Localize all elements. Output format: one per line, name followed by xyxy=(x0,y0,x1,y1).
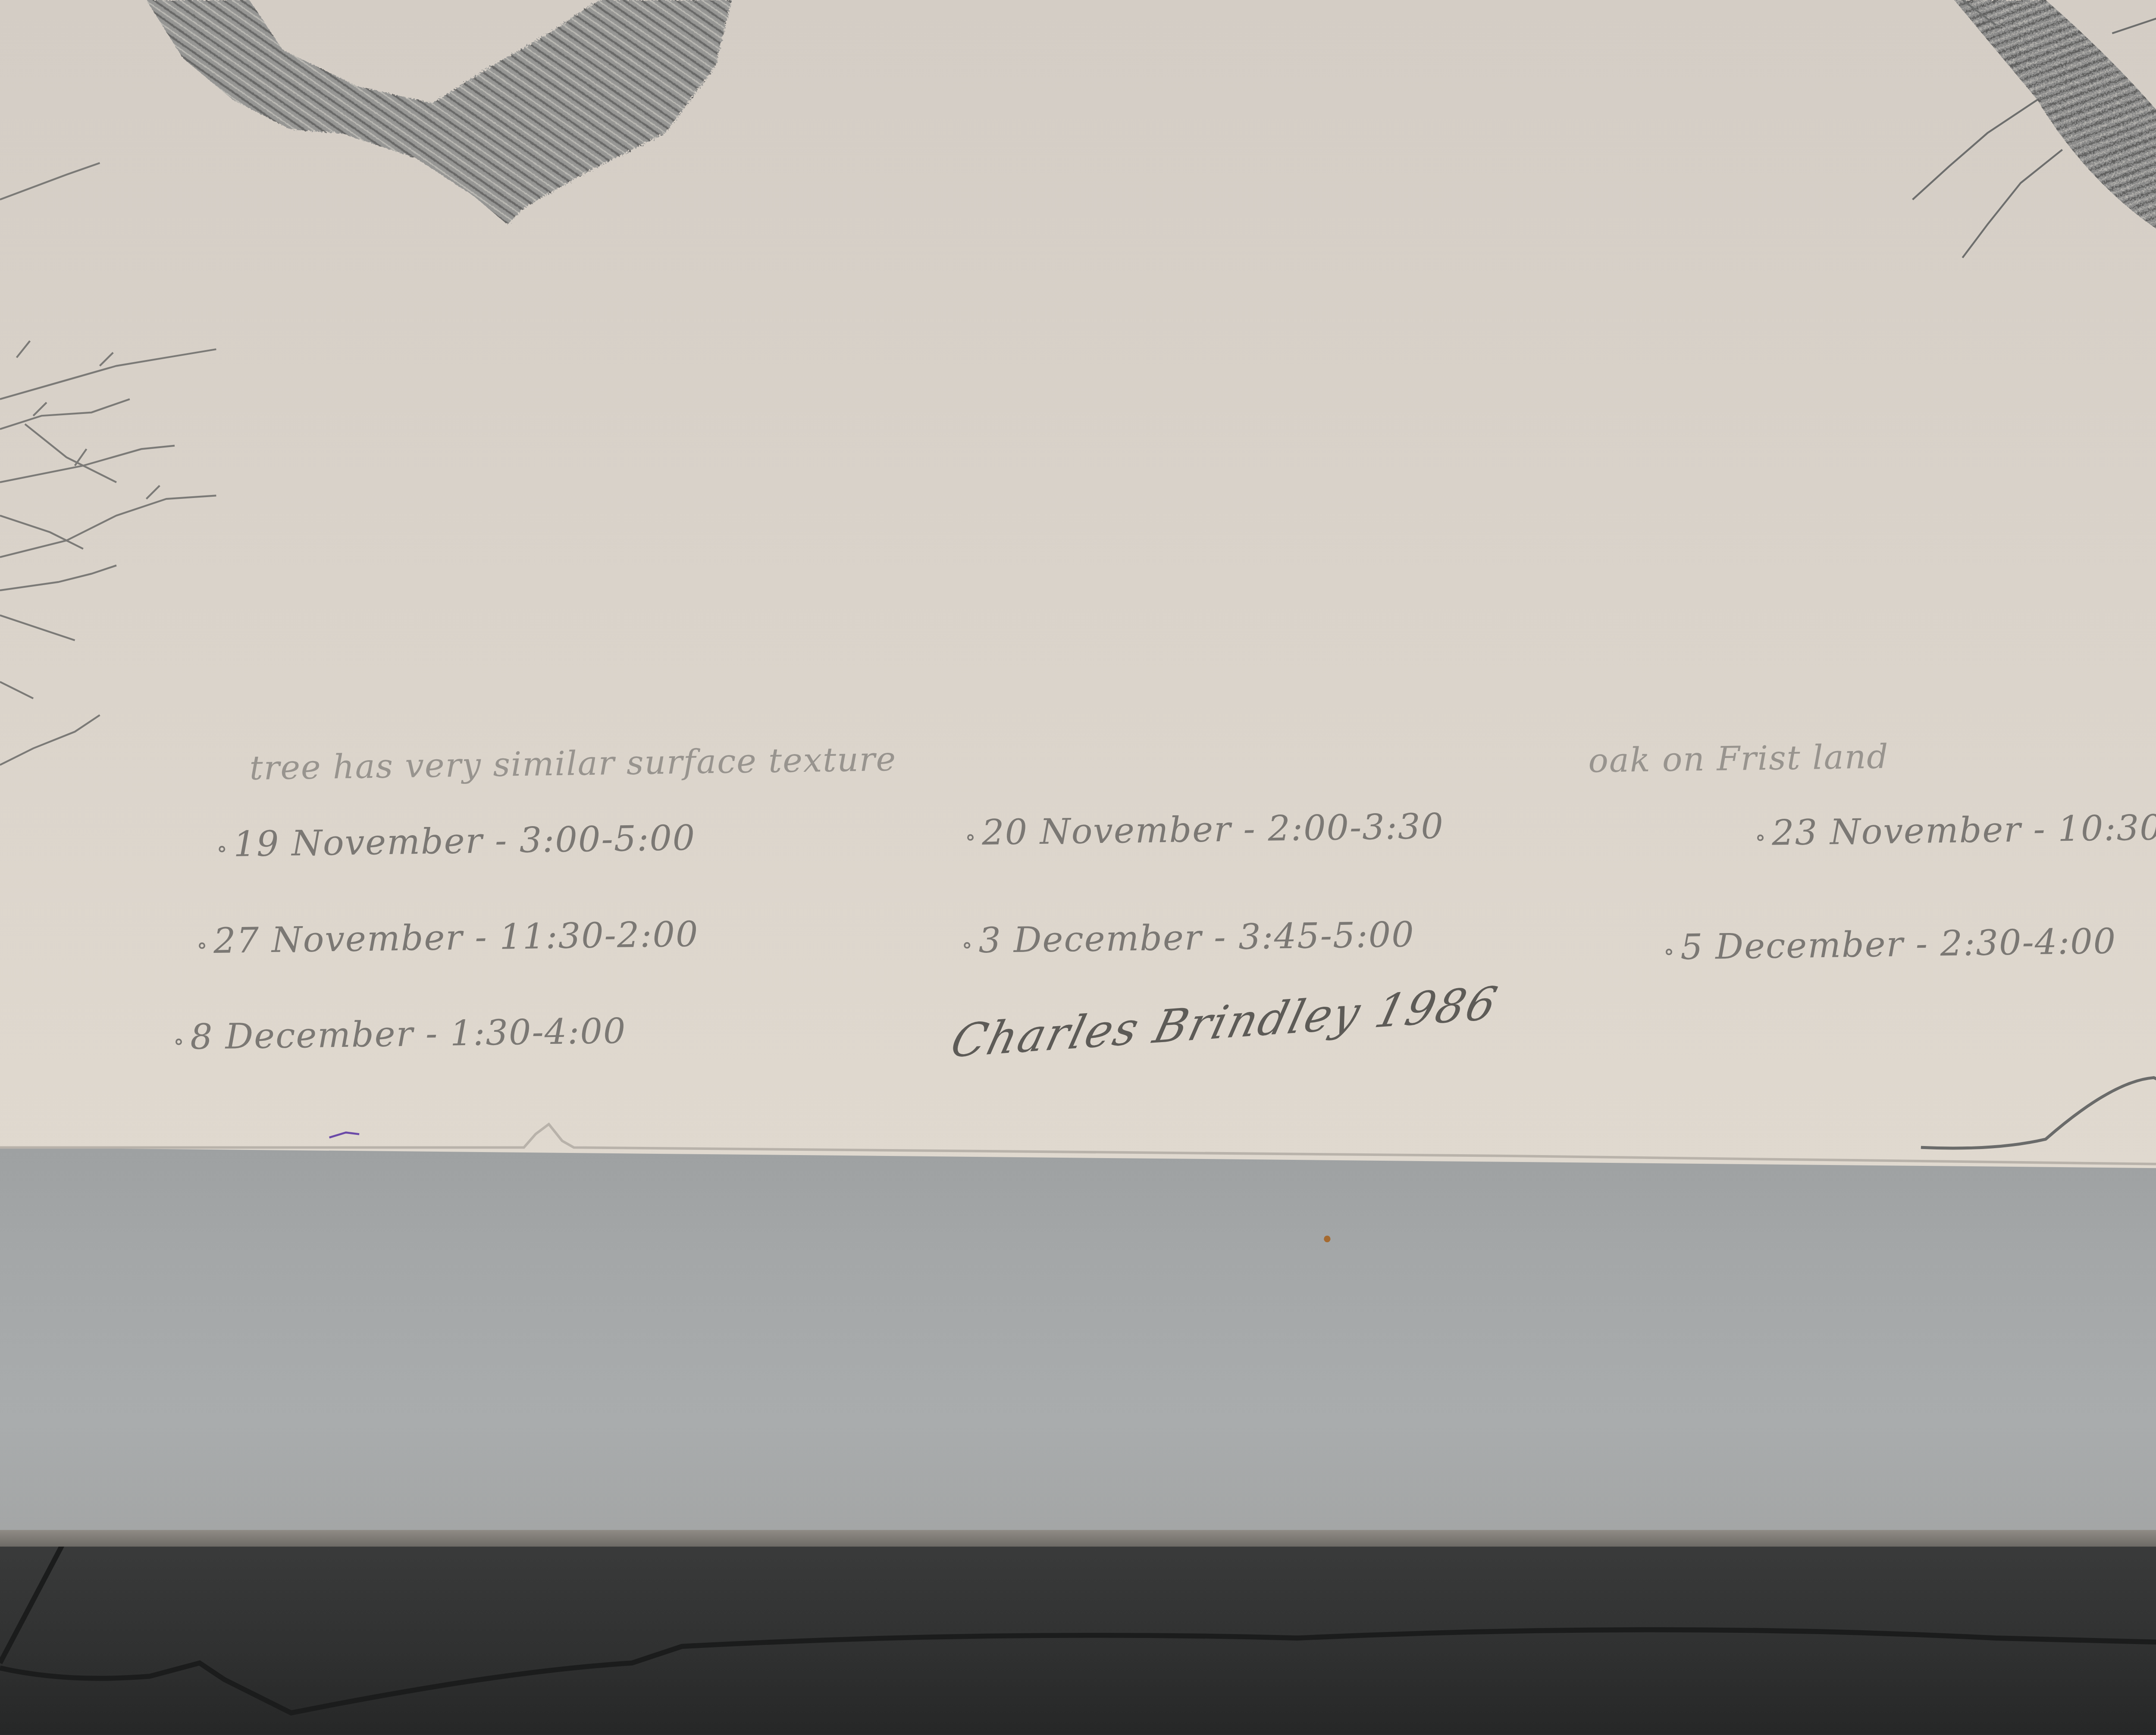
bullet-icon: ∘ xyxy=(961,933,974,959)
bullet-icon: ∘ xyxy=(1663,939,1676,966)
photo-stage: tree has very similar surface texture oa… xyxy=(0,0,2156,1735)
right-tree-trunk xyxy=(1954,0,2156,1015)
session-entry: ∘3 December - 3:45-5:00 xyxy=(961,915,1415,961)
session-entry: ∘27 November - 11:30-2:00 xyxy=(196,914,699,961)
session-entry: ∘19 November - 3:00-5:00 xyxy=(216,818,696,865)
session-entry: ∘5 December - 2:30-4:00 xyxy=(1663,921,2116,968)
session-text: 27 November - 11:30-2:00 xyxy=(213,914,699,961)
session-entry: ∘23 November - 10:30-12:30 xyxy=(1755,806,2156,854)
top-left-branch xyxy=(146,0,732,225)
session-text: 20 November - 2:00-3:30 xyxy=(981,807,1444,853)
bullet-icon: ∘ xyxy=(1755,825,1767,852)
session-text: 3 December - 3:45-5:00 xyxy=(978,915,1415,961)
bullet-icon: ∘ xyxy=(965,825,977,852)
note-location: oak on Frist land xyxy=(1588,736,1889,780)
tree-drawing xyxy=(0,0,2156,1735)
bullet-icon: ∘ xyxy=(173,1029,185,1056)
session-text: 19 November - 3:00-5:00 xyxy=(233,818,696,865)
session-entry: ∘8 December - 1:30-4:00 xyxy=(173,1011,627,1057)
session-text: 5 December - 2:30-4:00 xyxy=(1680,921,2116,968)
left-twigs xyxy=(0,163,216,765)
session-text: 23 November - 10:30-12:30 xyxy=(1772,806,2156,853)
session-text: 8 December - 1:30-4:00 xyxy=(190,1011,627,1057)
session-entry: ∘20 November - 2:00-3:30 xyxy=(964,807,1444,853)
bullet-icon: ∘ xyxy=(216,836,229,863)
bullet-icon: ∘ xyxy=(196,933,209,960)
